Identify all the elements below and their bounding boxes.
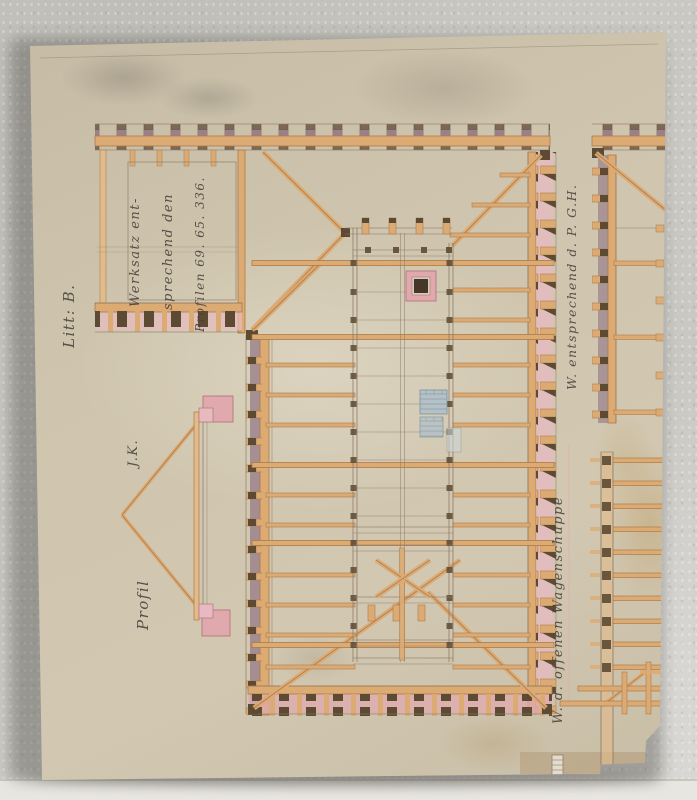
- label-w-entsprechend: W. entsprechend d. P. G.H.: [564, 152, 579, 422]
- photographed-architectural-drawing: Litt: B. Werksatz ent- sprechend den Pro…: [0, 0, 697, 800]
- drawing-sheet: Litt: B. Werksatz ent- sprechend den Pro…: [24, 28, 672, 784]
- label-litt-b: Litt: B.: [60, 253, 78, 378]
- label-werksatz-line3: Profilen 69. 65. 336.: [193, 158, 207, 350]
- central-core: [345, 218, 453, 664]
- hatched-flues: [420, 390, 461, 452]
- label-werksatz-line1: Werksatz ent-: [128, 170, 143, 335]
- label-profil: Profil: [134, 546, 152, 664]
- label-wagenschuppen: W. d. offenen Wagenschuppe: [551, 432, 566, 788]
- label-profil-ref: J.K.: [126, 421, 141, 485]
- label-werksatz-line2: sprechend den: [161, 166, 176, 338]
- chimney: [406, 271, 436, 301]
- roof-framing-plan-svg: [0, 0, 697, 800]
- right-plan-upper: [592, 124, 668, 423]
